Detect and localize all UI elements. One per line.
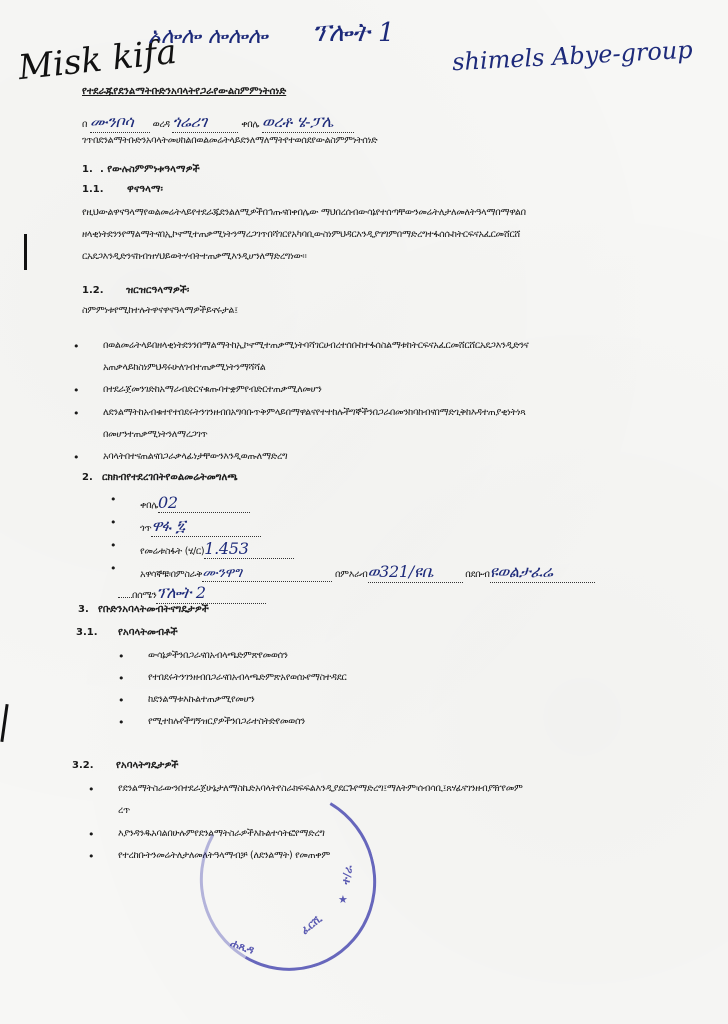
objective-bullet-1: በወልመሬትላይበዘላቂነትደንንበማልማትከኢኮኖሚተጠቃሚነትባሻገርሀብረ… [103,340,529,351]
section31-number: 3.1. [76,627,98,638]
field-kebele-value: 02 [158,493,250,513]
right-bullet-1: ውሳኔዎችንበጋራናበአብላጫድምጽየመወሰን [148,650,288,661]
objective-bullet-1-cont: አጠቃላይከስነምህዳሩሁለገብተጠቃሚነትንማሻሻል [103,362,266,373]
handwritten-plot-label: ፕሎት 1 [312,18,395,49]
handwritten-scribble: ኦሎሎ ሎሎሎ [148,24,268,49]
scanned-page: Misk kifa ኦሎሎ ሎሎሎ ፕሎት 1 shimels Abye-gro… [0,0,728,1024]
stamp-star-icon: ★ [338,893,348,906]
field-got-value: ዋፋ ፯ [151,516,261,537]
official-stamp [180,770,397,990]
field-got-label: ጎጥ [140,523,151,534]
main-objective-line-3: ርአደጋእንዲድንናከብዝሃህይወትሃብትተጠቃሚእንዲሆንለማድረግነው። [82,251,307,262]
intro-line: ገጥበደንልማትቡድንአባላትመሀከልበወልመሬትላይደንለማለማትየተወሰደየ… [82,135,377,146]
main-objective-line-1: የዚህውልዋናዓላማየወልመሬትላይየተደራጁደንልለሚዎችበኅጡናበቀበሌው … [82,207,526,218]
section2-title: ርክክብየተደረገበትየወልመሬትመግለጫ [102,472,238,483]
field-east-label: አዋሳኞቹ፡በምስራቅ [140,569,202,580]
section2-number: 2. [82,472,93,483]
section32-title: የአባላትግዴታዎች [116,760,178,771]
field-north: በሰሜንፕሎት 2 [118,583,266,604]
location-line: በ ሙንቦሳ ወረዳ ጎሬሪገ ቀበሌ ወረቶ ሄ-ፓሌ [82,112,354,133]
zone-value: ሙንቦሳ [90,112,150,133]
right-bullet-4: የሚተከሉየችግኝዝርያዎችንበጋራተስትድየመወሰን [148,716,305,727]
main-objective-line-2: ዘላቂነትደንንየማልማትናበኢኮኖሚተጠቃሚነትንማረጋገጥበሻገርየአካባቢ… [82,229,520,240]
field-area: የመሬቱስፋት (ሄ/ር)1.453 [140,539,294,559]
field-north-label: በሰሜን [132,590,156,601]
duty-bullet-1: የደንልማትስራውንበተደራጀሁኔታለማስኬድአባላትየስራክፍፍልእንዲያደር… [118,783,523,794]
field-north-value: ፕሎት 2 [156,583,266,604]
margin-mark-bottom [0,704,8,742]
objective-bullet-3: ለደንልማትከአብቁተየተበደሩትንገንዘብበአግባቡጥቅምላይበማዋልናየተተ… [103,407,526,418]
document-title: የተደራጁየደንልማትቡድንአባላትየጋራየውልስምምነትሰነድ [82,86,286,97]
objective-bullet-4: አባላትበተናጠልናበጋራቃላፊነታቸውንእንዲወጡለማድረግ [103,451,287,462]
field-south-label: በደቡብ [465,569,489,580]
section3-number: 3. [78,604,89,615]
duty-bullet-1-cont: ረጥ [118,805,130,816]
field-area-value: 1.453 [204,539,294,559]
section12-number: 1.2. [82,285,104,296]
right-bullet-3: ከደንልማቱእኩልተጠቃሚየመሆን [148,694,254,705]
zone-prefix: በ [82,119,87,130]
field-south-value: ዩወልታፈሬ [490,562,595,583]
right-bullet-2: የተበደሩትንገንዘብበጋራናበአብላጫድምጽአየወሰኑየማስተዳደር [148,672,346,683]
section1-number: 1. [82,164,93,175]
section11-title: ዋናዓላማ፡ [127,184,163,195]
section32-number: 3.2. [72,760,94,771]
woreda-label: ወረዳ [153,119,170,130]
field-east-value: ሙንዋግ [202,565,332,582]
field-boundaries: አዋሳኞቹ፡በምስራቅሙንዋግ በምእራብወ321/ዩቤ በደቡብዩወልታፈሬ [140,562,595,583]
field-west-value: ወ321/ዩቤ [368,562,463,583]
section1-title: . የውሉስምምነቱዓላማዎች [100,164,200,175]
kebele-label: ቀበሌ [241,119,259,130]
woreda-value: ጎሬሪገ [172,112,238,133]
field-kebele: ቀበሌ02 [140,493,250,513]
field-area-label: የመሬቱስፋት (ሄ/ር) [140,546,204,557]
section3-title: የቡድንአባላትመብትናግዴታዎች [98,604,209,615]
section12-intro: ስምምነቱየሚከተሉትዋናዋናዓላማዎችይኖሩታል፤ [82,305,238,316]
field-kebele-label: ቀበሌ [140,500,158,511]
section11-number: 1.1. [82,184,104,195]
objective-bullet-2: በተደራጀመንገድከአማራብድርናቁጡባተቋምየብድርተጠቃሚለመሆን [103,384,322,395]
margin-mark-top [24,234,27,270]
handwritten-group-label: shimels Abye-group [451,36,693,77]
kebele-value: ወረቶ ሄ-ፓሌ [262,112,354,133]
section31-title: የአባላትመብቶች [118,627,178,638]
field-west-label: በምእራብ [335,569,368,580]
section12-title: ዝርዝርዓላማዎች፡ [126,285,189,296]
objective-bullet-3-cont: በመሆንተጠቃሚነትንለማረጋገጥ [103,429,207,440]
field-got: ጎጥዋፋ ፯ [140,516,261,537]
